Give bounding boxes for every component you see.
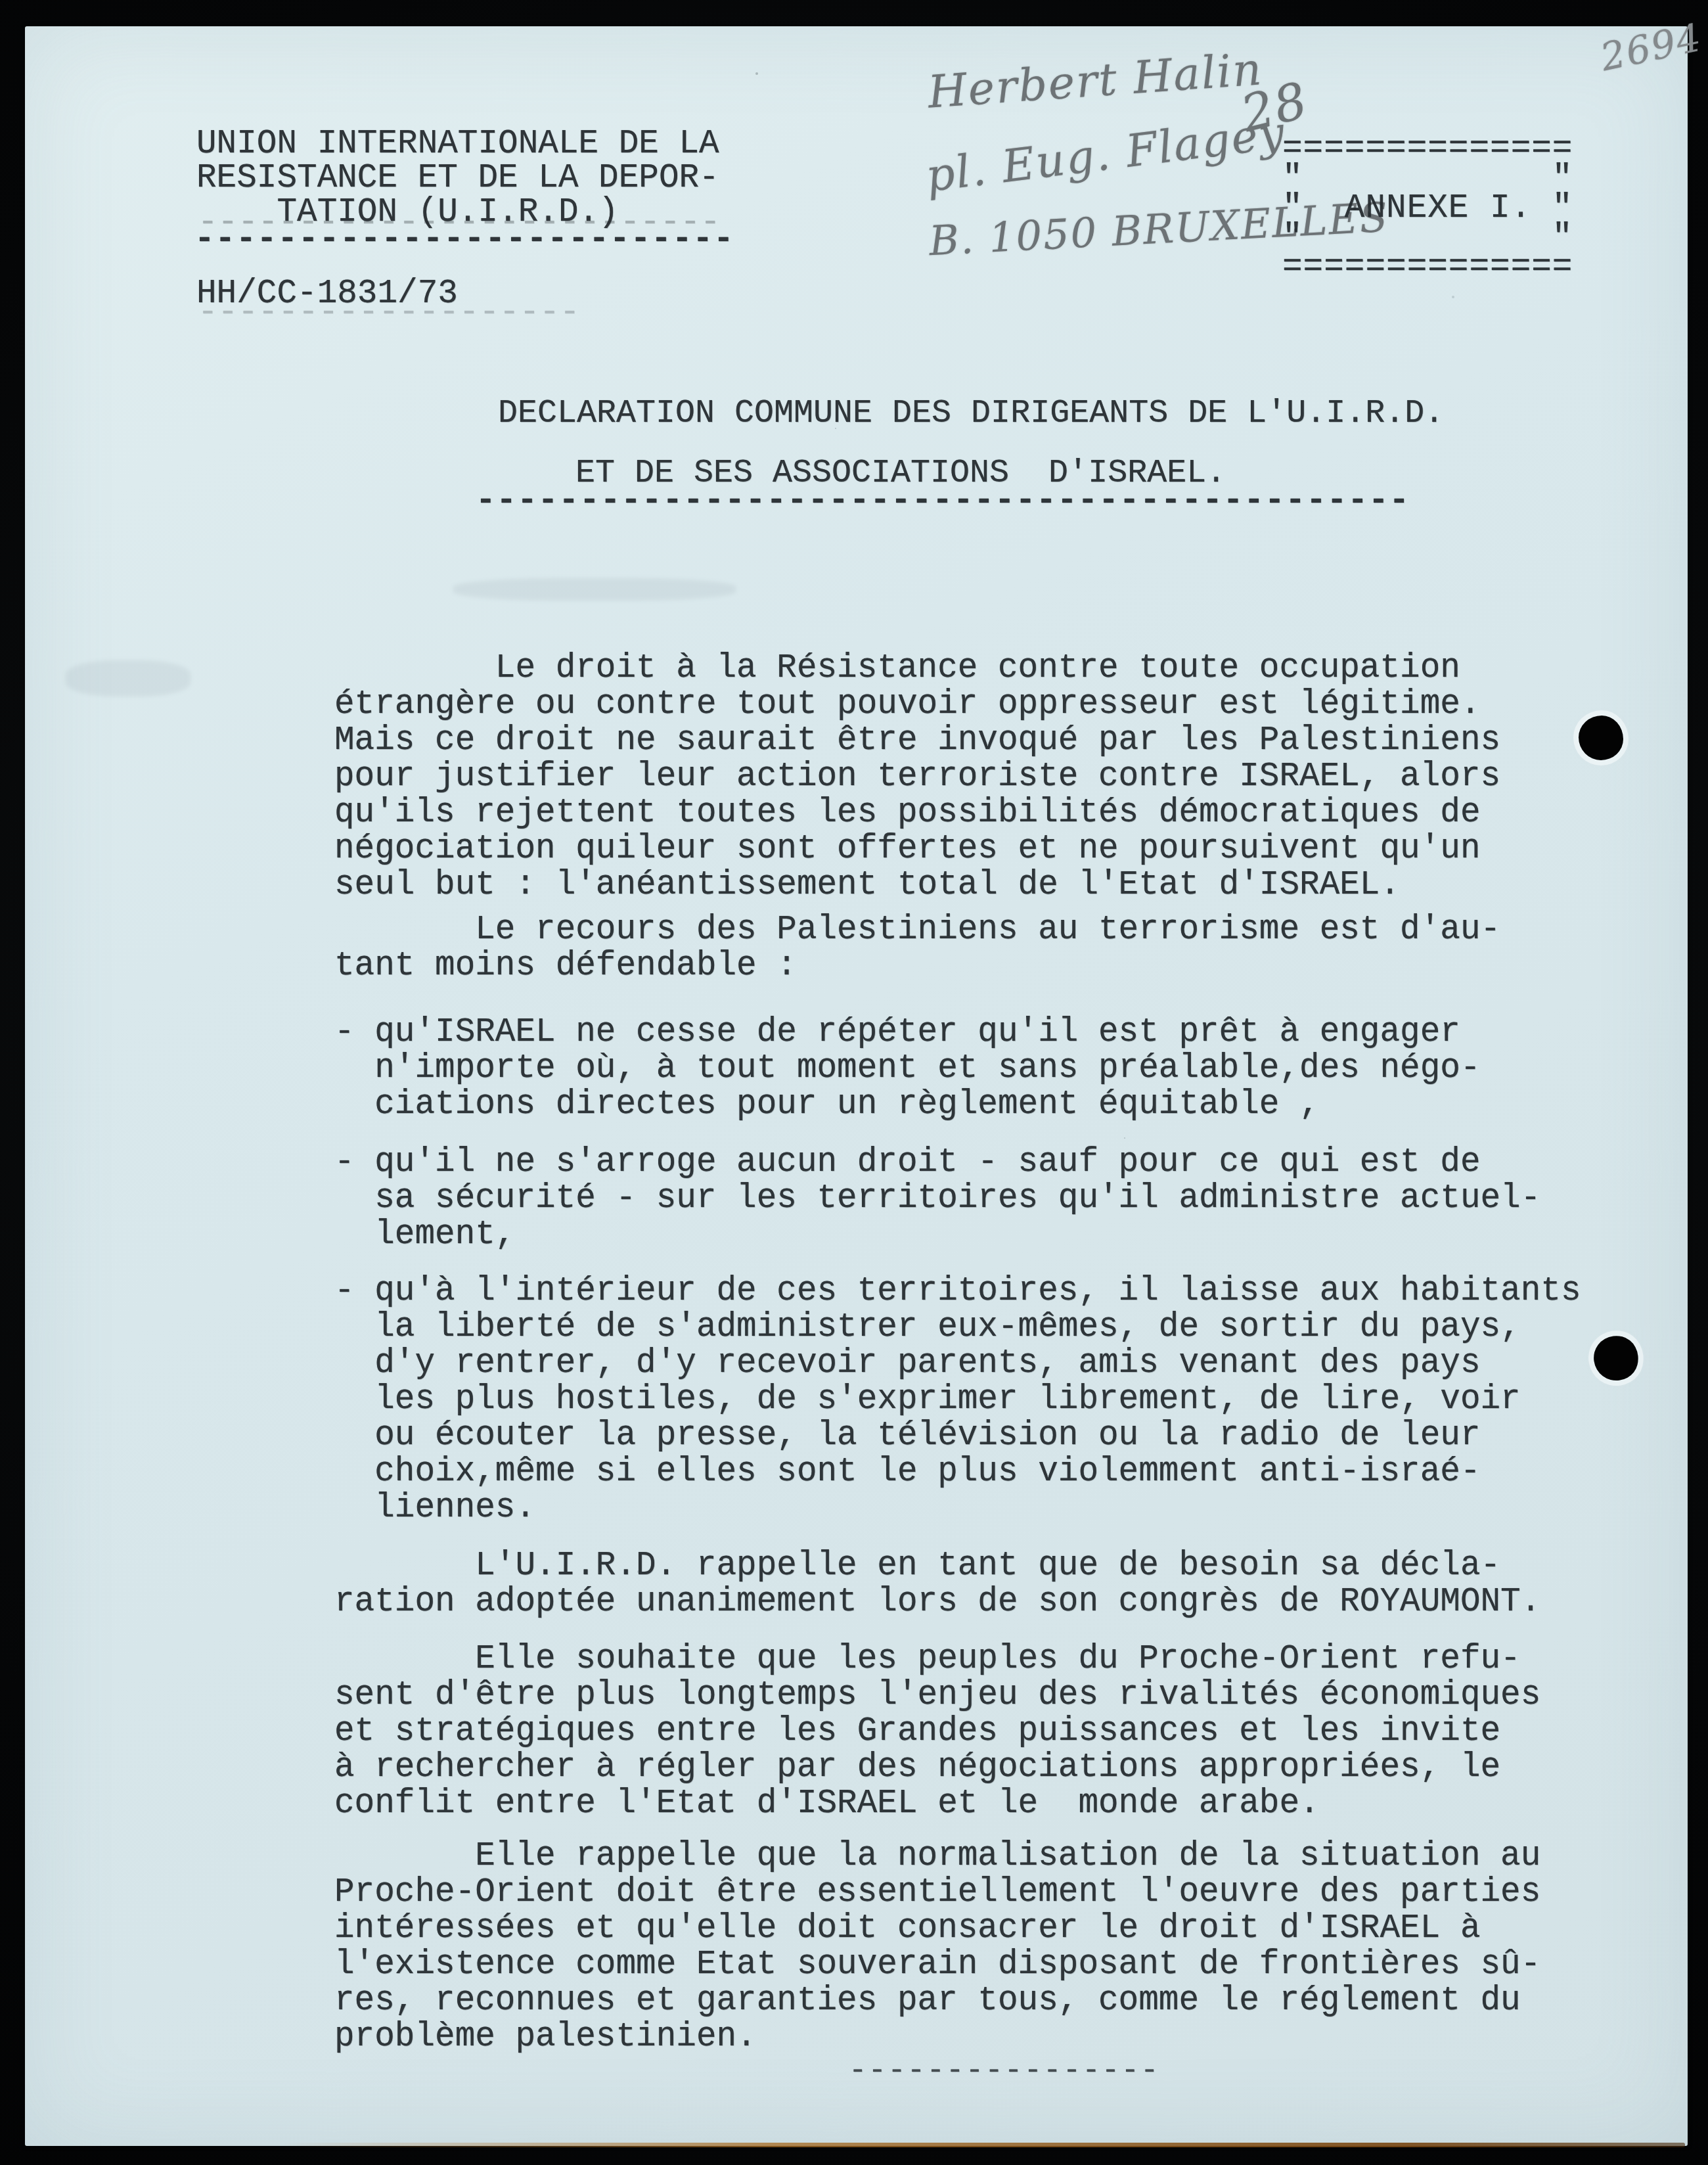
margin-smudge xyxy=(66,660,191,696)
text-line: L'U.I.R.D. rappelle en tant que de besoi… xyxy=(334,1548,1540,1584)
scanned-document-photo: UNION INTERNATIONALE DE LARESISTANCE ET … xyxy=(0,0,1708,2165)
text-line: d'y rentrer, d'y recevoir parents, amis … xyxy=(334,1346,1581,1382)
text-line: intéressées et qu'elle doit consacrer le… xyxy=(334,1911,1540,1947)
letterhead-underline: -------------------------- xyxy=(194,221,734,258)
paper-bottom-edge-glint xyxy=(282,2143,1685,2147)
body-paragraph-5: Elle rappelle que la normalisation de la… xyxy=(334,1838,1540,2055)
text-line: ciations directes pour un règlement équi… xyxy=(334,1087,1480,1123)
text-line: - qu'ISRAEL ne cesse de répéter qu'il es… xyxy=(334,1014,1480,1051)
body-bullet-1: - qu'ISRAEL ne cesse de répéter qu'il es… xyxy=(334,1014,1480,1123)
body-paragraph-3: L'U.I.R.D. rappelle en tant que de besoi… xyxy=(334,1548,1540,1620)
text-line: problème palestinien. xyxy=(334,2019,1540,2055)
text-line: tant moins défendable : xyxy=(334,948,1500,984)
text-line: l'existence comme Etat souverain disposa… xyxy=(334,1947,1540,1983)
text-line: la liberté de s'administrer eux-mêmes, d… xyxy=(334,1310,1581,1346)
text-line: liennes. xyxy=(334,1490,1581,1526)
text-line: - qu'il ne s'arroge aucun droit - sauf p… xyxy=(334,1145,1540,1181)
text-line: n'importe où, à tout moment et sans préa… xyxy=(334,1051,1480,1087)
ink-ghost-smudge xyxy=(453,578,736,601)
text-line: ration adoptée unanimement lors de son c… xyxy=(334,1584,1540,1620)
body-bullet-3: - qu'à l'intérieur de ces territoires, i… xyxy=(334,1273,1581,1526)
text-line: UNION INTERNATIONALE DE LA xyxy=(196,127,719,162)
text-line: RESISTANCE ET DE LA DEPOR- xyxy=(196,162,719,196)
text-line: ou écouter la presse, la télévision ou l… xyxy=(334,1418,1581,1454)
text-line: Elle souhaite que les peuples du Proche-… xyxy=(334,1641,1540,1677)
body-paragraph-4: Elle souhaite que les peuples du Proche-… xyxy=(334,1641,1540,1822)
text-line: Le droit à la Résistance contre toute oc… xyxy=(334,650,1500,687)
text-line: res, reconnues et garanties par tous, co… xyxy=(334,1983,1540,2019)
handwritten-page-number: 2694 xyxy=(1597,15,1706,80)
title-underline: ----------------------------------------… xyxy=(476,482,1410,520)
text-line: Mais ce droit ne saurait être invoqué pa… xyxy=(334,723,1500,759)
text-line: Elle rappelle que la normalisation de la… xyxy=(334,1838,1540,1875)
paper-speck xyxy=(755,72,758,75)
text-line: les plus hostiles, de s'exprimer libreme… xyxy=(334,1382,1581,1418)
text-line: seul but : l'anéantissement total de l'E… xyxy=(334,867,1500,903)
body-paragraph-2: Le recours des Palestiniens au terrorism… xyxy=(334,912,1500,984)
text-line: sa sécurité - sur les territoires qu'il … xyxy=(334,1181,1540,1217)
text-line: et stratégiques entre les Grandes puissa… xyxy=(334,1714,1540,1750)
text-line: négociation quileur sont offertes et ne … xyxy=(334,831,1500,867)
text-line: conflit entre l'Etat d'ISRAEL et le mond… xyxy=(334,1786,1540,1822)
annexe-box: ==============" "" ANNEXE I. "" "=======… xyxy=(1282,135,1573,283)
text-line: qu'ils rejettent toutes les possibilités… xyxy=(334,795,1500,831)
text-line: Proche-Orient doit être essentiellement … xyxy=(334,1875,1540,1911)
text-line: sent d'être plus longtemps l'enjeu des r… xyxy=(334,1677,1540,1714)
body-paragraph-1: Le droit à la Résistance contre toute oc… xyxy=(334,650,1500,903)
reference-underline-ghost: ------------------- xyxy=(198,294,580,332)
closing-dashes: ---------------- xyxy=(849,2054,1160,2088)
text-line: étrangère ou contre tout pouvoir oppress… xyxy=(334,687,1500,723)
text-line: - qu'à l'intérieur de ces territoires, i… xyxy=(334,1273,1581,1310)
text-line: choix,même si elles sont le plus violemm… xyxy=(334,1454,1581,1490)
text-line: ============== xyxy=(1282,253,1573,283)
document-title-line1: DECLARATION COMMUNE DES DIRIGEANTS DE L'… xyxy=(498,395,1444,432)
text-line: à rechercher à régler par des négociatio… xyxy=(334,1750,1540,1786)
body-bullet-2: - qu'il ne s'arroge aucun droit - sauf p… xyxy=(334,1145,1540,1253)
text-line: Le recours des Palestiniens au terrorism… xyxy=(334,912,1500,948)
hole-punch-top xyxy=(1579,716,1623,760)
text-line: pour justifier leur action terroriste co… xyxy=(334,759,1500,795)
text-line: lement, xyxy=(334,1217,1540,1253)
